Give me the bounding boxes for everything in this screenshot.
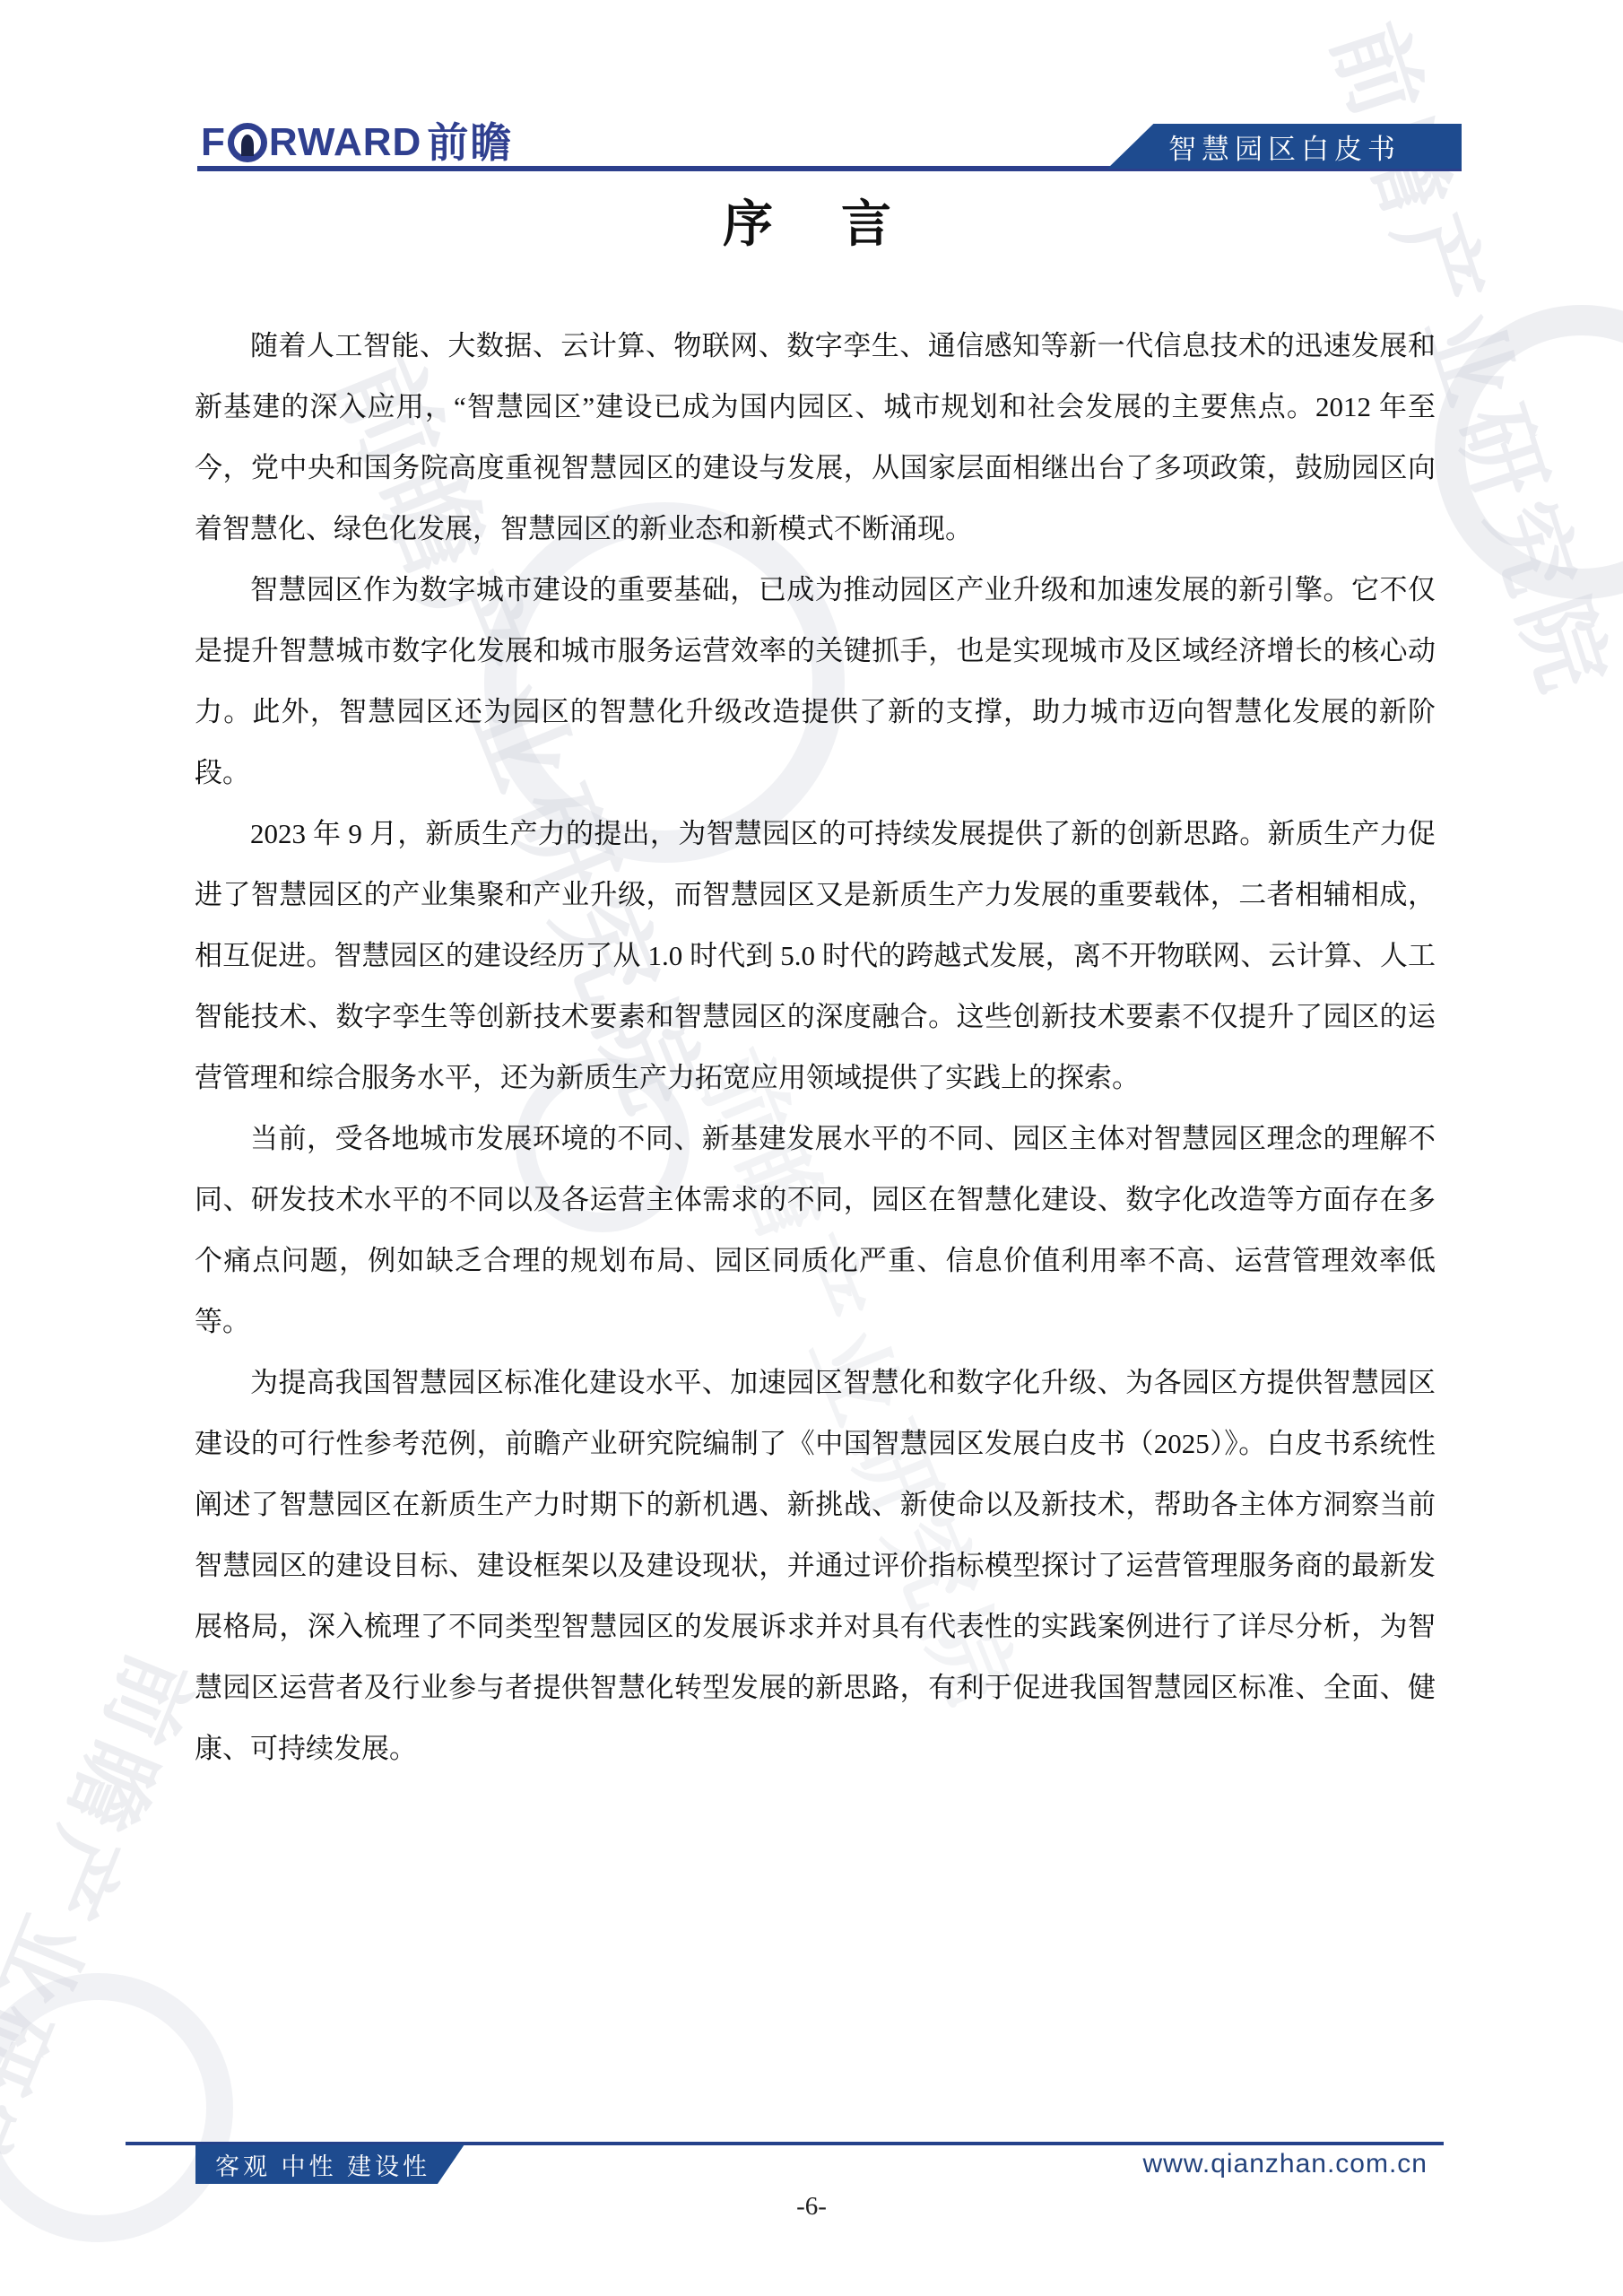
logo-o-figure-icon <box>241 135 254 156</box>
header-badge-label: 智慧园区白皮书 <box>1168 126 1401 167</box>
footer-slogan-badge: 客观 中性 建设性 <box>195 2144 464 2184</box>
paragraph-4: 当前，受各地城市发展环境的不同、新基建发展水平的不同、园区主体对智慧园区理念的理… <box>195 1109 1436 1352</box>
page-title: 序 言 <box>0 185 1623 257</box>
paragraph-1: 随着人工智能、大数据、云计算、物联网、数字孪生、通信感知等新一代信息技术的迅速发… <box>195 316 1436 560</box>
paragraph-3: 2023 年 9 月，新质生产力的提出，为智慧园区的可持续发展提供了新的创新思路… <box>195 804 1436 1109</box>
page-number: -6- <box>0 2192 1623 2222</box>
whitepaper-page: 前瞻产业研究院 前瞻产业研究院 前瞻产业研究院 前瞻产业研究院 F RWARD … <box>0 0 1623 2296</box>
footer-slogan-label: 客观 中性 建设性 <box>215 2147 430 2182</box>
paragraph-5: 为提高我国智慧园区标准化建设水平、加速园区智慧化和数字化升级、为各园区方提供智慧… <box>195 1352 1436 1779</box>
footer-website-link[interactable]: www.qianzhan.com.cn <box>1143 2149 1428 2179</box>
header-badge: 智慧园区白皮书 <box>1107 124 1462 169</box>
logo-letter-f: F <box>201 123 226 162</box>
watermark-ring-top-right <box>1435 305 1623 599</box>
logo-chinese-name: 前瞻 <box>427 122 513 163</box>
paragraph-2: 智慧园区作为数字城市建设的重要基础，已成为推动园区产业升级和加速发展的新引擎。它… <box>195 560 1436 804</box>
logo-letters-rward: RWARD <box>269 123 421 162</box>
preface-body: 随着人工智能、大数据、云计算、物联网、数字孪生、通信感知等新一代信息技术的迅速发… <box>195 316 1436 1779</box>
logo-o-icon <box>228 123 267 162</box>
forward-qianzhan-logo: F RWARD 前瞻 <box>201 122 513 163</box>
